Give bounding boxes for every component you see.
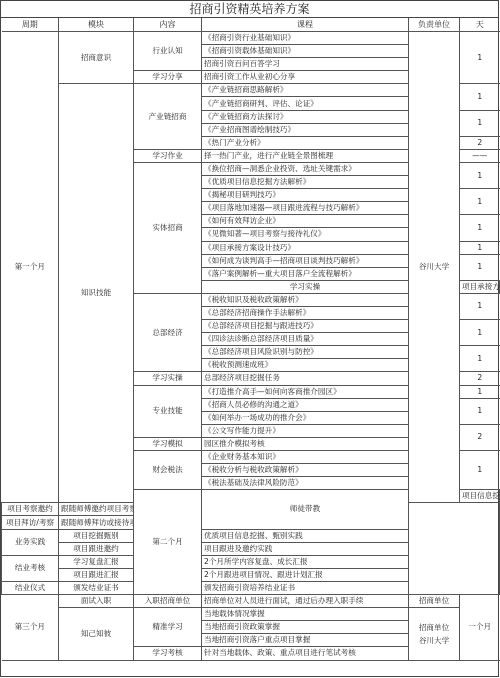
days-cell: 2 bbox=[460, 136, 500, 149]
course-cell: 招商单位对人员进行面试，通过后办理入职手续 bbox=[202, 595, 409, 608]
course-cell: 《招商人员必修的沟通之道》 bbox=[202, 398, 409, 411]
table-row: 项目跟进汇报2个月跟进项目情况、跟进计划汇报 bbox=[2, 568, 500, 581]
days-cell: 1 bbox=[460, 385, 500, 398]
days-cell: 1 bbox=[460, 84, 500, 110]
content-cell: 学习复盘汇报 bbox=[59, 555, 134, 568]
table-row: 业务实践项目挖掘甄别优质项目信息挖掘、甄别实践 bbox=[2, 529, 500, 542]
days-cell: 一个月 bbox=[460, 595, 500, 660]
course-cell: 《热门产业分析》 bbox=[202, 136, 409, 149]
course-cell: 《招商引资载体基础知识》 bbox=[202, 45, 409, 58]
content-cell: 产业链招商 bbox=[134, 84, 202, 149]
course-cell: 项目承接方案设计 bbox=[460, 280, 500, 293]
course-cell: 《揭秘项目研判技巧》 bbox=[202, 189, 409, 202]
course-cell: 《产业链招商思路解析》 bbox=[202, 84, 409, 97]
page-title: 招商引资精英培养方案 bbox=[1, 1, 498, 18]
days-cell: 1 bbox=[460, 110, 500, 136]
course-cell: 优质项目信息挖掘、甄别实践 bbox=[202, 529, 409, 542]
course-cell: 颁发招商引资培养结业证书 bbox=[202, 581, 409, 594]
table-row: 项目跟进邀约项目跟进及邀约实践 bbox=[2, 542, 500, 555]
course-cell: 《总部经济招商操作手法解析》 bbox=[202, 306, 409, 319]
course-cell: 《如何举办一场成功的推介会》 bbox=[202, 411, 409, 424]
content-cell: 总部经济 bbox=[134, 293, 202, 372]
course-cell: 《税法基础及法律风险防范》 bbox=[202, 477, 409, 490]
content-cell: 学习作业 bbox=[134, 149, 202, 162]
days-cell: 1 bbox=[460, 451, 500, 490]
unit-cell: 招商单位 谷川大学 bbox=[409, 608, 460, 660]
course-cell: 园区推介模拟考核 bbox=[202, 437, 409, 450]
days-cell: 1 bbox=[460, 254, 500, 280]
content-cell: 精准学习 bbox=[134, 608, 202, 647]
module-cell: 知识技能 bbox=[59, 84, 134, 503]
course-cell: 针对当地载体、政策、重点项目进行笔试考核 bbox=[202, 647, 409, 660]
module-cell: 面试入职 bbox=[59, 595, 134, 608]
content-cell: 学习实操 bbox=[202, 280, 409, 293]
days-cell: 2 bbox=[460, 424, 500, 450]
course-cell: 《企业财务基本知识》 bbox=[202, 451, 409, 464]
table-row: 第三个月面试入职入职招商单位招商单位对人员进行面试，通过后办理入职手续招商单位一… bbox=[2, 595, 500, 608]
course-cell: 跟随师傅邀约项目考察 bbox=[59, 503, 134, 516]
training-plan-table: 周期模块内容课程负责单位天 第一个月招商意识行业认知《招商引资行业基础知识》谷川… bbox=[1, 18, 500, 661]
column-header: 天 bbox=[460, 18, 500, 32]
course-cell: 《项目承接方案设计技巧》 bbox=[202, 241, 409, 254]
course-cell: 招商引资百问百答学习 bbox=[202, 58, 409, 71]
period-cell: 第一个月 bbox=[2, 32, 59, 503]
course-cell: 《落户案例解析—重大项目落户全流程解析》 bbox=[202, 267, 409, 280]
content-cell: 学习考核 bbox=[134, 647, 202, 660]
module-cell: 知己知彼 bbox=[59, 608, 134, 660]
course-cell: 《项目落地加速器—项目跟进流程与技巧解析》 bbox=[202, 202, 409, 215]
days-cell: 1 bbox=[460, 293, 500, 319]
days-cell: 1 bbox=[460, 215, 500, 241]
course-cell: 《换位招商—洞悉企业投资、选址关键需求》 bbox=[202, 162, 409, 175]
course-cell: 《总部经济项目风险识别与防控》 bbox=[202, 346, 409, 359]
days-cell: 1 bbox=[460, 241, 500, 254]
course-cell: 《产业招商图谱绘制技巧》 bbox=[202, 123, 409, 136]
course-cell: 《见微知著—项目考察与接待礼仪》 bbox=[202, 228, 409, 241]
table-row: 知己知彼精准学习当地载体情况掌握招商单位 谷川大学 bbox=[2, 608, 500, 621]
content-cell: 项目信息挖掘 bbox=[460, 490, 500, 503]
column-header: 内容 bbox=[134, 18, 202, 32]
course-cell: 《如何成为谈判高手—招商项目谈判技巧解析》 bbox=[202, 254, 409, 267]
course-cell: 《打造推介高手—如何向客商推介园区》 bbox=[202, 385, 409, 398]
course-cell: 当地招商引资政策掌握 bbox=[202, 621, 409, 634]
content-cell: 入职招商单位 bbox=[134, 595, 202, 608]
column-header: 课程 bbox=[202, 18, 409, 32]
content-cell: 财会税法 bbox=[134, 451, 202, 490]
module-cell: 业务实践 bbox=[2, 529, 59, 555]
course-cell: 招商引资工作从业初心分享 bbox=[202, 71, 409, 84]
content-cell: 项目拜访/考察 bbox=[2, 516, 59, 529]
course-cell: 项目跟进及邀约实践 bbox=[202, 542, 409, 555]
course-cell: 《税收知识及税收政策解析》 bbox=[202, 293, 409, 306]
column-header: 负责单位 bbox=[409, 18, 460, 32]
content-cell: 项目挖掘甄别 bbox=[59, 529, 134, 542]
course-cell: 《税收分析与税收政策解析》 bbox=[202, 464, 409, 477]
unit-cell: 招商单位 bbox=[409, 595, 460, 608]
course-cell: 《优质项目信息挖掘方法解析》 bbox=[202, 176, 409, 189]
content-cell: 实体招商 bbox=[134, 162, 202, 293]
table-row: 结业仪式颁发结业证书颁发招商引资培养结业证书 bbox=[2, 581, 500, 594]
course-cell: 《产业链招商研判、评估、论证》 bbox=[202, 97, 409, 110]
course-cell: 总部经济项目挖掘任务 bbox=[202, 372, 409, 385]
course-cell: 当地载体情况掌握 bbox=[202, 608, 409, 621]
content-cell: 行业认知 bbox=[134, 32, 202, 71]
content-cell: 项目考察邀约 bbox=[2, 503, 59, 516]
days-cell: 1 bbox=[460, 189, 500, 215]
days-cell: 1 bbox=[460, 162, 500, 188]
course-cell: 当地招商引资落户重点项目掌握 bbox=[202, 634, 409, 647]
course-cell: 2个月所学内容复盘、成长汇报 bbox=[202, 555, 409, 568]
days-cell: 1 bbox=[460, 32, 500, 84]
module-cell: 招商意识 bbox=[59, 32, 134, 84]
column-header: 周期 bbox=[2, 18, 59, 32]
table-row: 结业考核学习复盘汇报2个月所学内容复盘、成长汇报 bbox=[2, 555, 500, 568]
course-cell: 《公文写作能力提升》 bbox=[202, 424, 409, 437]
module-cell: 结业考核 bbox=[2, 555, 59, 581]
days-cell: —— bbox=[460, 149, 500, 162]
course-cell: 《税收预测速成班》 bbox=[202, 359, 409, 372]
course-cell: 跟随师傅拜访或接待项目 bbox=[59, 516, 134, 529]
period-cell: 第二个月 bbox=[134, 490, 202, 595]
content-cell: 学习分享 bbox=[134, 71, 202, 84]
course-cell: 2个月跟进项目情况、跟进计划汇报 bbox=[202, 568, 409, 581]
column-header: 模块 bbox=[59, 18, 134, 32]
days-cell: 1 bbox=[460, 346, 500, 372]
unit-cell: 谷川大学 bbox=[409, 32, 460, 503]
module-cell: 师徒带教 bbox=[202, 490, 409, 529]
days-cell: 2 bbox=[460, 372, 500, 385]
module-cell: 结业仪式 bbox=[2, 581, 59, 594]
content-cell: 学习实操 bbox=[134, 372, 202, 385]
course-cell: 《如何有效拜访企业》 bbox=[202, 215, 409, 228]
course-cell: 《总部经济项目挖掘与跟进技巧》 bbox=[202, 320, 409, 333]
course-cell: 择一热门产业，进行产业链全景图梳理 bbox=[202, 149, 409, 162]
period-cell: 第三个月 bbox=[2, 595, 59, 660]
table-row: 第一个月招商意识行业认知《招商引资行业基础知识》谷川大学1 bbox=[2, 32, 500, 45]
content-cell: 学习模拟 bbox=[134, 437, 202, 450]
content-cell: 专业技能 bbox=[134, 385, 202, 437]
course-cell: 《产业链招商方法探讨》 bbox=[202, 110, 409, 123]
content-cell: 项目跟进汇报 bbox=[59, 568, 134, 581]
days-cell: 1 bbox=[460, 398, 500, 424]
content-cell: 颁发结业证书 bbox=[59, 581, 134, 594]
days-cell: 1 bbox=[460, 320, 500, 346]
content-cell: 项目跟进邀约 bbox=[59, 542, 134, 555]
course-cell: 《四诊法诊断总部经济项目质量》 bbox=[202, 333, 409, 346]
spreadsheet: 招商引资精英培养方案 周期模块内容课程负责单位天 第一个月招商意识行业认知《招商… bbox=[0, 0, 499, 677]
course-cell: 《招商引资行业基础知识》 bbox=[202, 32, 409, 45]
